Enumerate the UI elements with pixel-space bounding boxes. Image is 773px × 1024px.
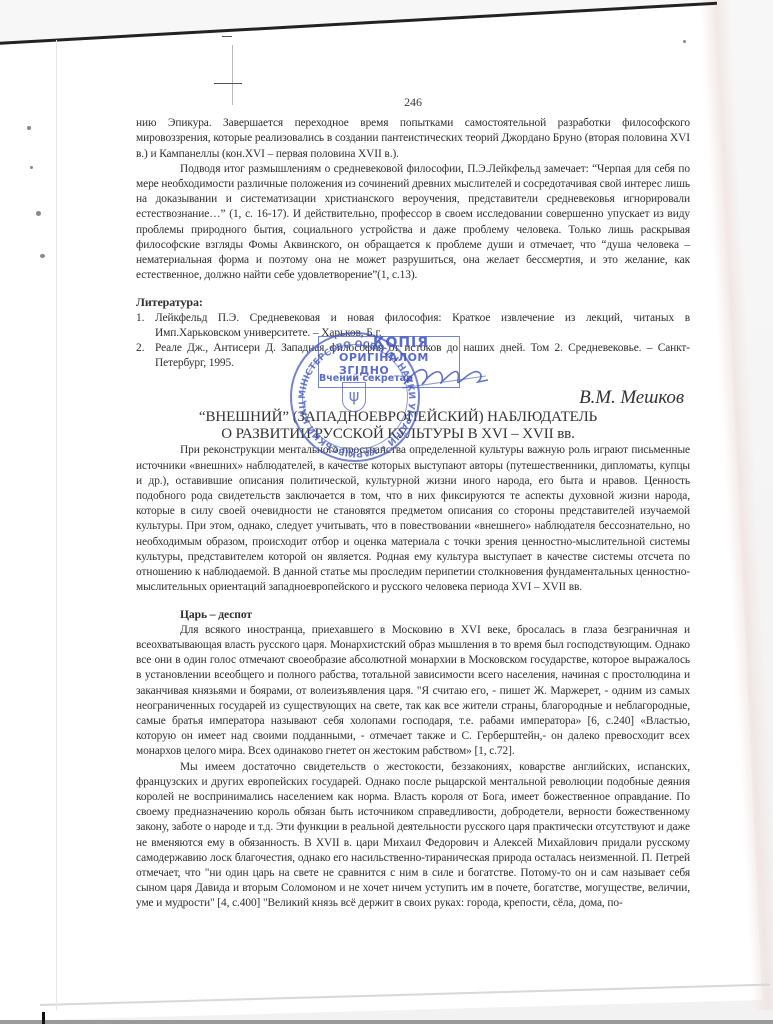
punch-hole-mark — [27, 126, 31, 130]
scanner-bottom-border — [0, 1020, 773, 1024]
stamp-copy-label: КОПІЯ — [373, 335, 429, 351]
section-paragraph: Мы имеем достаточно свидетельств о жесто… — [136, 760, 690, 912]
punch-hole-mark — [40, 254, 45, 258]
section-heading: Царь – деспот — [136, 607, 690, 622]
page-number: 246 — [136, 95, 690, 110]
punch-hole-mark — [30, 166, 33, 169]
continuation-paragraph: Подводя итог размышлениям о средневеково… — [136, 162, 690, 284]
scanner-mark — [42, 1012, 45, 1024]
punch-hole-mark — [683, 40, 686, 43]
article-intro-paragraph: При реконструкции ментального пространст… — [136, 443, 690, 595]
continuation-paragraph: нию Эпикура. Завершается переходное врем… — [136, 116, 690, 162]
handwritten-signature — [400, 362, 490, 392]
punch-hole-mark — [36, 211, 41, 216]
crop-mark-horizontal — [214, 83, 242, 84]
page-fold-line — [56, 40, 57, 1010]
literature-item-number: 1. — [136, 311, 144, 326]
document-body: 246 нию Эпикура. Завершается переходное … — [136, 95, 690, 912]
section-paragraph: Для всякого иностранца, приехавшего в Мо… — [136, 623, 690, 760]
literature-item-number: 2. — [136, 341, 144, 356]
crop-mark-horizontal — [222, 36, 232, 37]
stamp-secretary-label: Вчений секретар — [319, 373, 413, 384]
literature-heading: Литература: — [136, 295, 690, 310]
